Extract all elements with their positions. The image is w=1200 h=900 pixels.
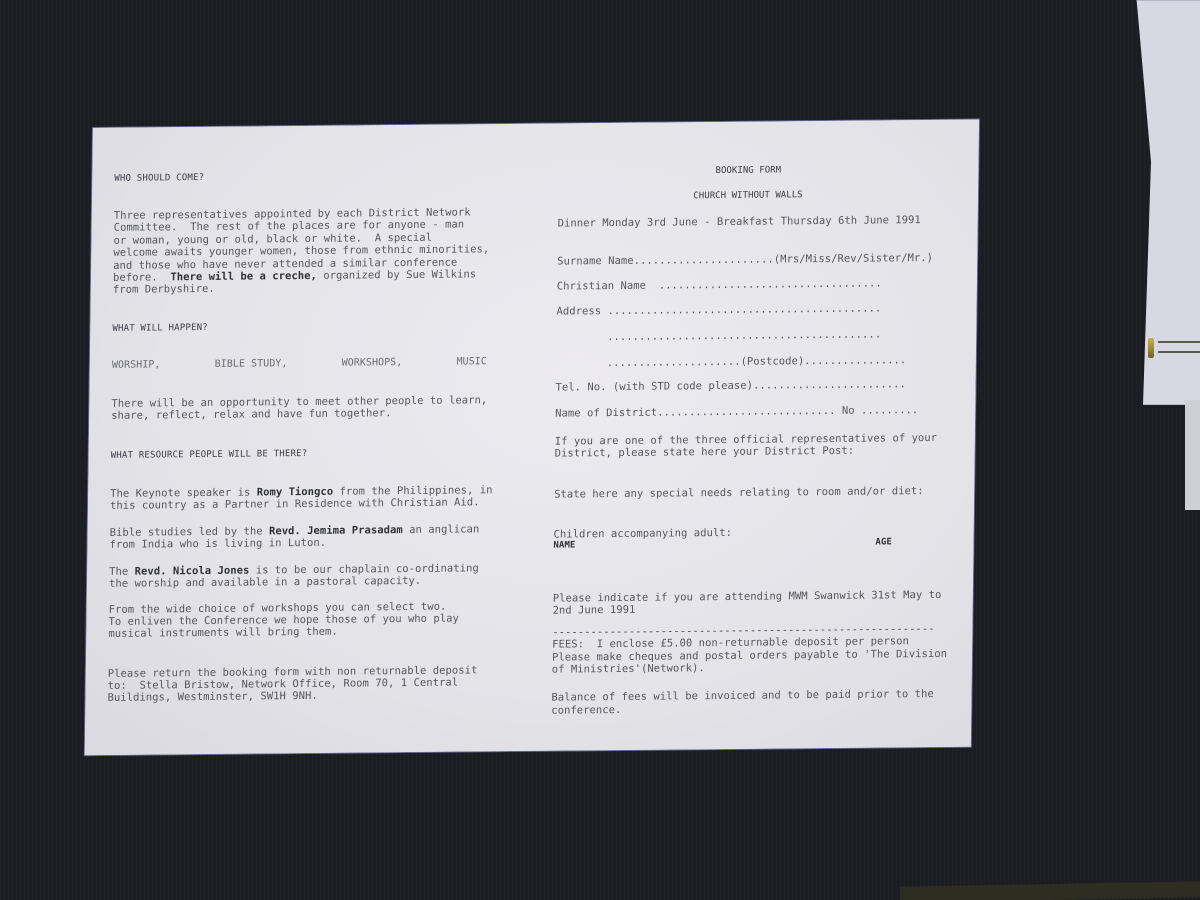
text-line: from Derbyshire. bbox=[113, 283, 215, 297]
address-field-1[interactable]: Address ................................… bbox=[556, 302, 881, 318]
keynote-line-2: this country as a Partner in Residence w… bbox=[110, 496, 480, 512]
booking-column: BOOKING FORM CHURCH WITHOUT WALLS Dinner… bbox=[559, 120, 969, 124]
chaplain-line-2: the worship and available in a pastoral … bbox=[109, 575, 421, 591]
side-paper-stack-lower bbox=[1185, 400, 1200, 510]
creche-line: before. There will be a creche, organize… bbox=[113, 268, 476, 284]
conference-dates: Dinner Monday 3rd June - Breakfast Thurs… bbox=[558, 214, 921, 230]
booking-form-title: BOOKING FORM bbox=[558, 163, 938, 179]
balance-line: Balance of fees will be invoiced and to … bbox=[551, 688, 933, 704]
fees-line-2: Please make cheques and postal orders pa… bbox=[552, 648, 947, 664]
activities-list: WORSHIP, BIBLE STUDY, WORKSHOPS, MUSIC bbox=[112, 356, 487, 372]
children-name-header: NAME bbox=[553, 539, 575, 552]
activity-bible-study: BIBLE STUDY, bbox=[215, 358, 288, 371]
who-should-come-heading: WHO SHOULD COME? bbox=[114, 172, 204, 185]
who-should-come-text: Three representatives appointed by each … bbox=[115, 124, 505, 128]
swanwick-prompt-2: 2nd June 1991 bbox=[553, 604, 636, 617]
swanwick-prompt[interactable]: Please indicate if you are attending MWM… bbox=[553, 589, 942, 605]
postcode-field[interactable]: .....................(Postcode).........… bbox=[556, 354, 907, 370]
children-age-header: AGE bbox=[875, 536, 892, 549]
resource-people-heading: WHAT RESOURCE PEOPLE WILL BE THERE? bbox=[111, 448, 308, 462]
what-will-happen-heading: WHAT WILL HAPPEN? bbox=[112, 322, 208, 336]
workshops-line-3: musical instruments will bring them. bbox=[108, 626, 338, 641]
fees-line-3: of Ministries'(Network). bbox=[552, 662, 705, 676]
booking-form-sheet: WHO SHOULD COME? Three representatives a… bbox=[85, 119, 979, 755]
chaplain-name: Revd. Nicola Jones bbox=[135, 565, 250, 578]
binder-clip-icon bbox=[1148, 338, 1200, 360]
desk-surface-edge bbox=[900, 881, 1200, 900]
surname-field[interactable]: Surname Name......................(Mrs/M… bbox=[557, 252, 933, 268]
activity-workshops: WORKSHOPS, bbox=[342, 357, 403, 370]
opportunity-text-2: share, reflect, relax and have fun toget… bbox=[111, 407, 392, 422]
activity-music: MUSIC bbox=[456, 356, 487, 369]
return-info-line-3: Buildings, Westminster, SW1H 9NH. bbox=[107, 690, 317, 705]
creche-highlight: There will be a creche, bbox=[170, 270, 317, 283]
activity-worship: WORSHIP, bbox=[112, 359, 161, 372]
balance-line-2: conference. bbox=[551, 704, 621, 717]
district-field[interactable]: Name of District........................… bbox=[555, 404, 918, 420]
district-post-prompt[interactable]: District, please state here your Distric… bbox=[555, 445, 855, 460]
info-column: WHO SHOULD COME? Three representatives a… bbox=[115, 124, 505, 128]
conference-title: CHURCH WITHOUT WALLS bbox=[558, 188, 938, 204]
children-label: Children accompanying adult: bbox=[554, 527, 733, 541]
bible-leader-name: Revd. Jemima Prasadam bbox=[269, 524, 403, 537]
address-field-2[interactable]: ........................................… bbox=[556, 328, 881, 344]
keynote-speaker-name: Romy Tiongco bbox=[257, 486, 334, 499]
bible-studies-line-2: from India who is living in Luton. bbox=[109, 537, 326, 552]
special-needs-prompt[interactable]: State here any special needs relating to… bbox=[554, 485, 924, 501]
telephone-field[interactable]: Tel. No. (with STD code please).........… bbox=[555, 378, 906, 394]
christian-name-field[interactable]: Christian Name .........................… bbox=[557, 277, 882, 293]
